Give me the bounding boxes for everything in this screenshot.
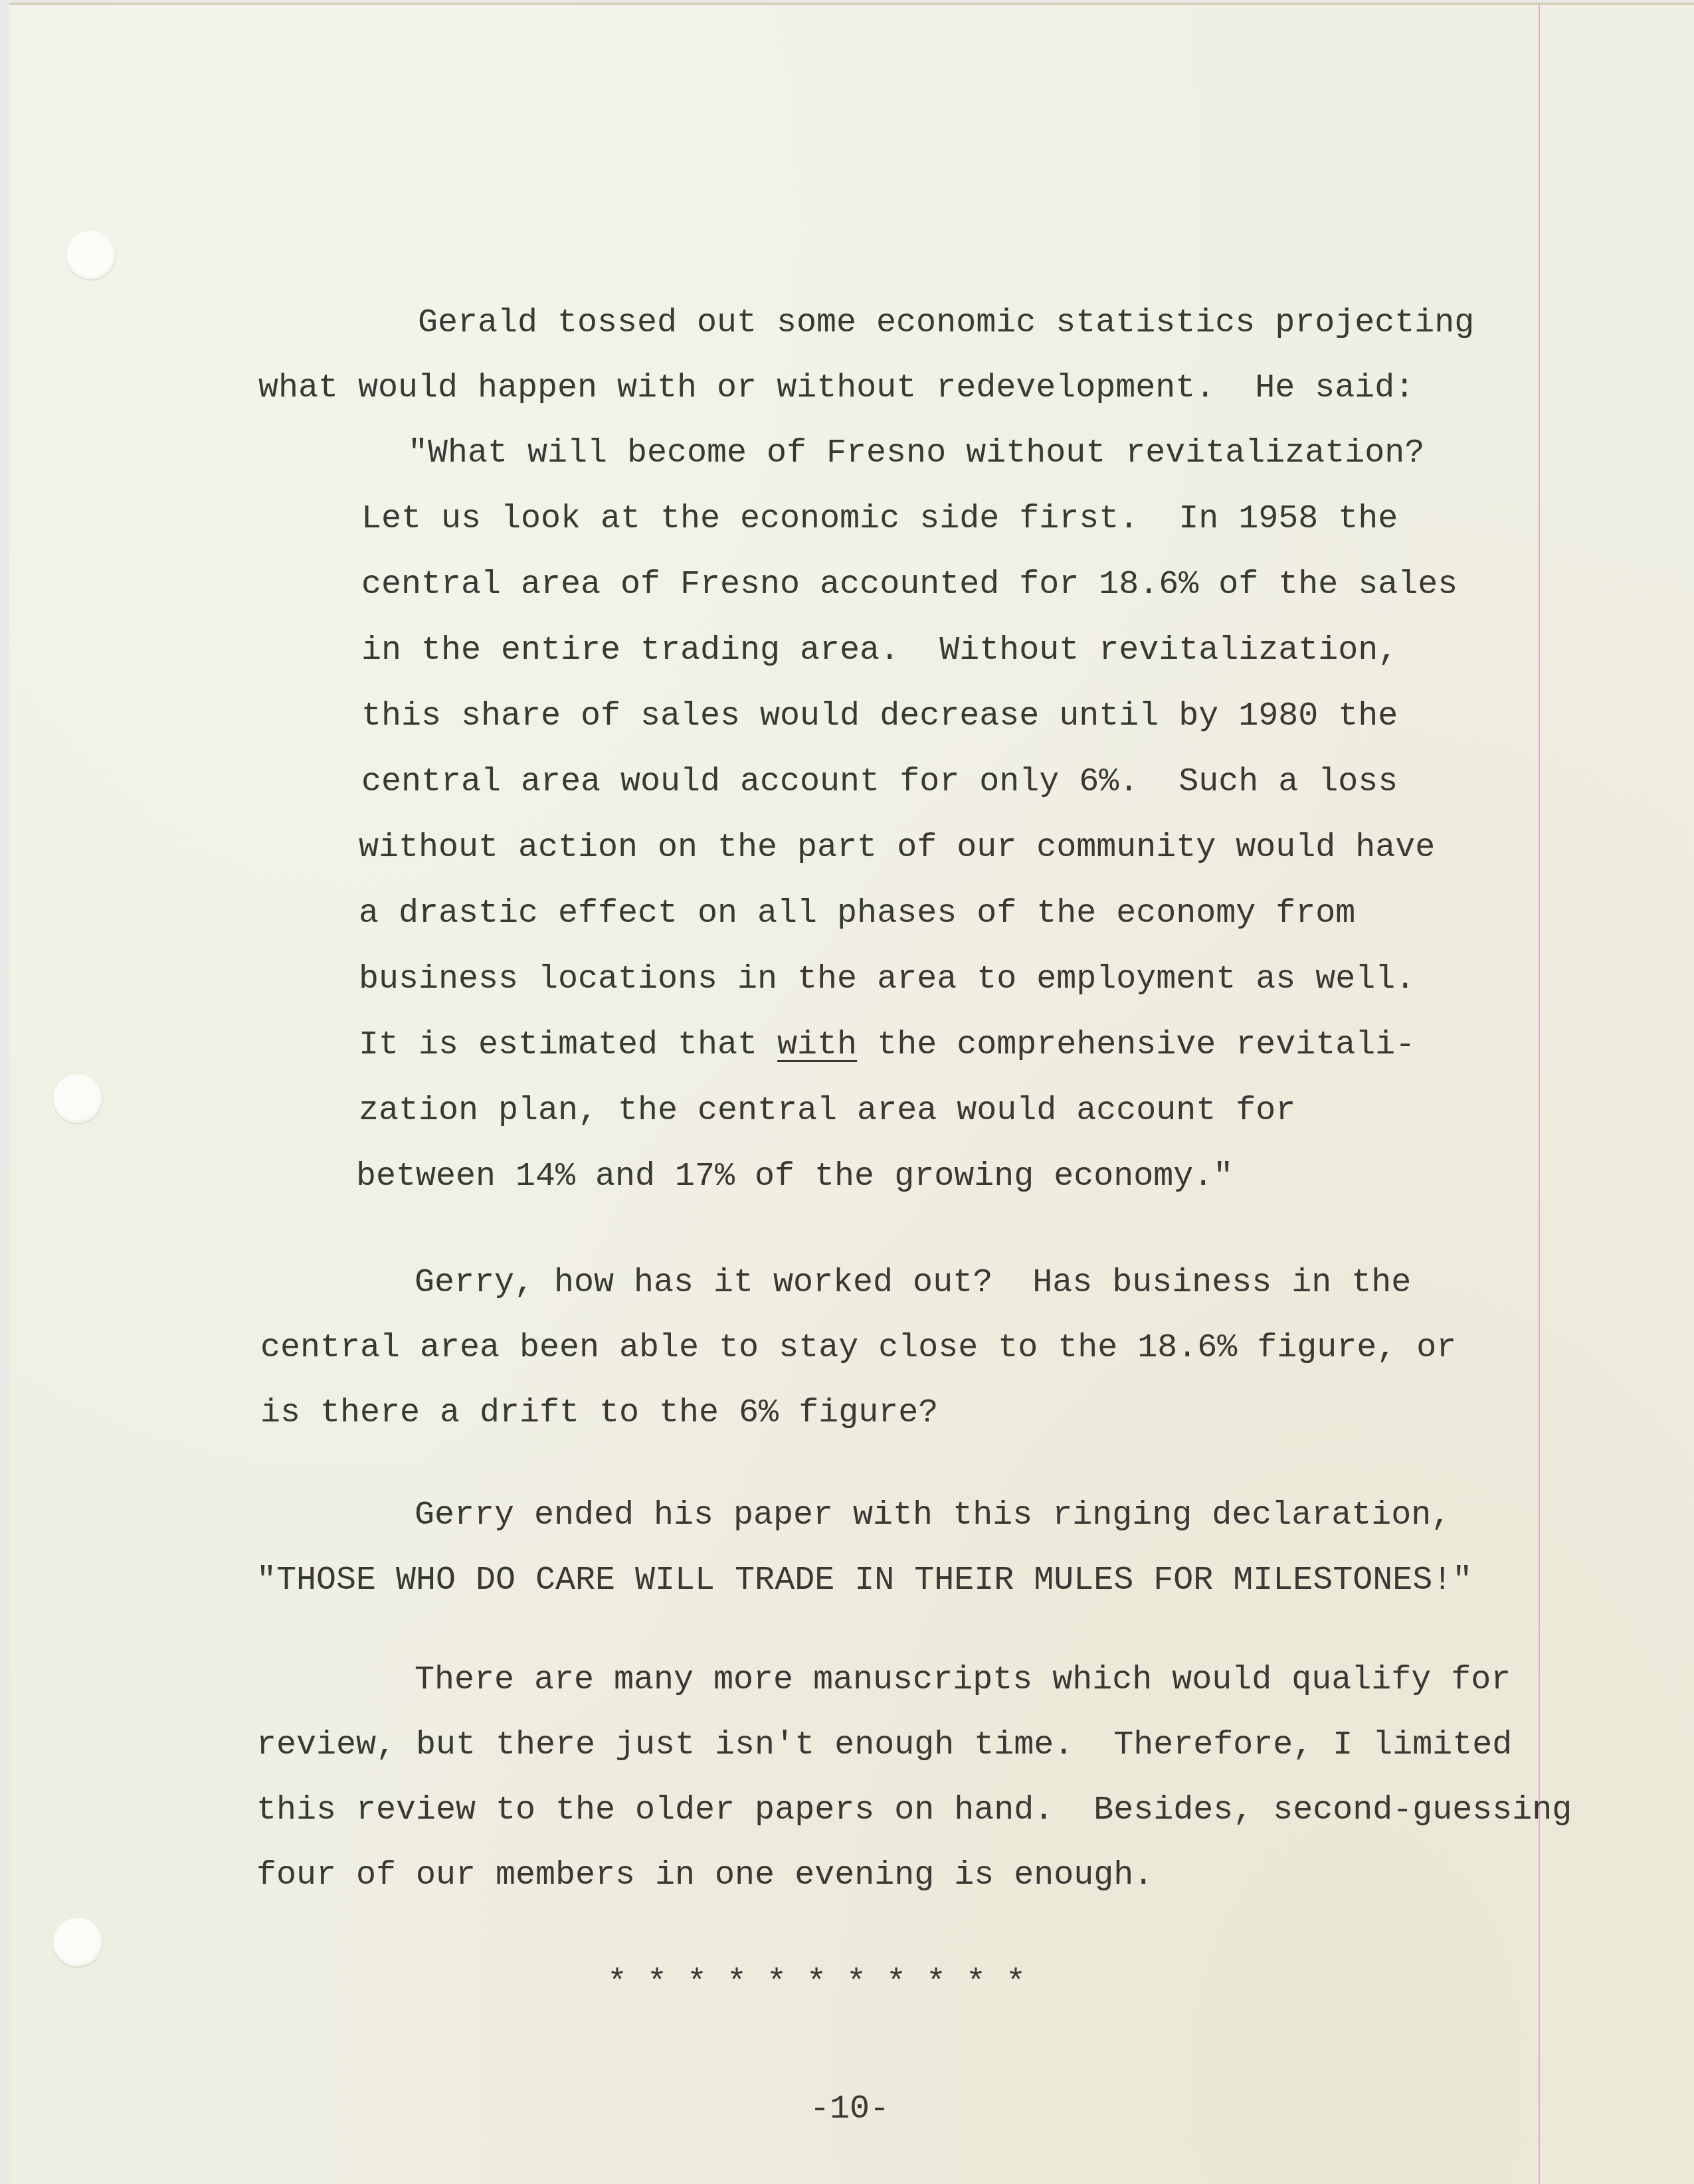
text-line: central area of Fresno accounted for 18.…: [361, 565, 1458, 605]
text-line: what would happen with or without redeve…: [258, 369, 1414, 409]
text-line: There are many more manuscripts which wo…: [415, 1661, 1511, 1700]
text-line: in the entire trading area. Without revi…: [361, 631, 1398, 671]
text-line: Gerry, how has it worked out? Has busine…: [415, 1263, 1411, 1303]
underlined-word: with: [777, 1026, 857, 1064]
punch-hole-top: [66, 230, 116, 280]
margin-line: [1539, 5, 1540, 2184]
text-line: is there a drift to the 6% figure?: [260, 1394, 938, 1433]
text-line: this share of sales would decrease until…: [361, 697, 1398, 737]
text-line: zation plan, the central area would acco…: [359, 1091, 1295, 1131]
punch-hole-bottom: [53, 1918, 102, 1967]
text-line: Let us look at the economic side first. …: [361, 500, 1398, 539]
text-segment: the comprehensive revitali-: [857, 1026, 1415, 1064]
punch-hole-middle: [53, 1074, 102, 1123]
section-separator: * * * * * * * * * * *: [607, 1964, 1026, 2002]
text-line: review, but there just isn't enough time…: [256, 1726, 1512, 1766]
text-line: four of our members in one evening is en…: [256, 1856, 1153, 1896]
text-line: "What will become of Fresno without revi…: [408, 434, 1424, 474]
text-line: between 14% and 17% of the growing econo…: [356, 1157, 1233, 1197]
text-line: business locations in the area to employ…: [359, 960, 1415, 1000]
page-number: -10-: [810, 2090, 890, 2128]
text-line: without action on the part of our commun…: [359, 828, 1435, 868]
text-line: this review to the older papers on hand.…: [256, 1791, 1572, 1831]
text-line: Gerald tossed out some economic statisti…: [418, 304, 1474, 343]
text-line: Gerry ended his paper with this ringing …: [415, 1496, 1451, 1536]
text-line: It is estimated that with the comprehens…: [359, 1026, 1415, 1065]
text-line: central area been able to stay close to …: [260, 1328, 1456, 1368]
text-line: "THOSE WHO DO CARE WILL TRADE IN THEIR M…: [256, 1561, 1472, 1601]
document-page: Gerald tossed out some economic statisti…: [9, 3, 1694, 2184]
text-line: central area would account for only 6%. …: [361, 763, 1398, 802]
text-segment: It is estimated that: [359, 1026, 777, 1064]
text-line: a drastic effect on all phases of the ec…: [359, 894, 1355, 934]
